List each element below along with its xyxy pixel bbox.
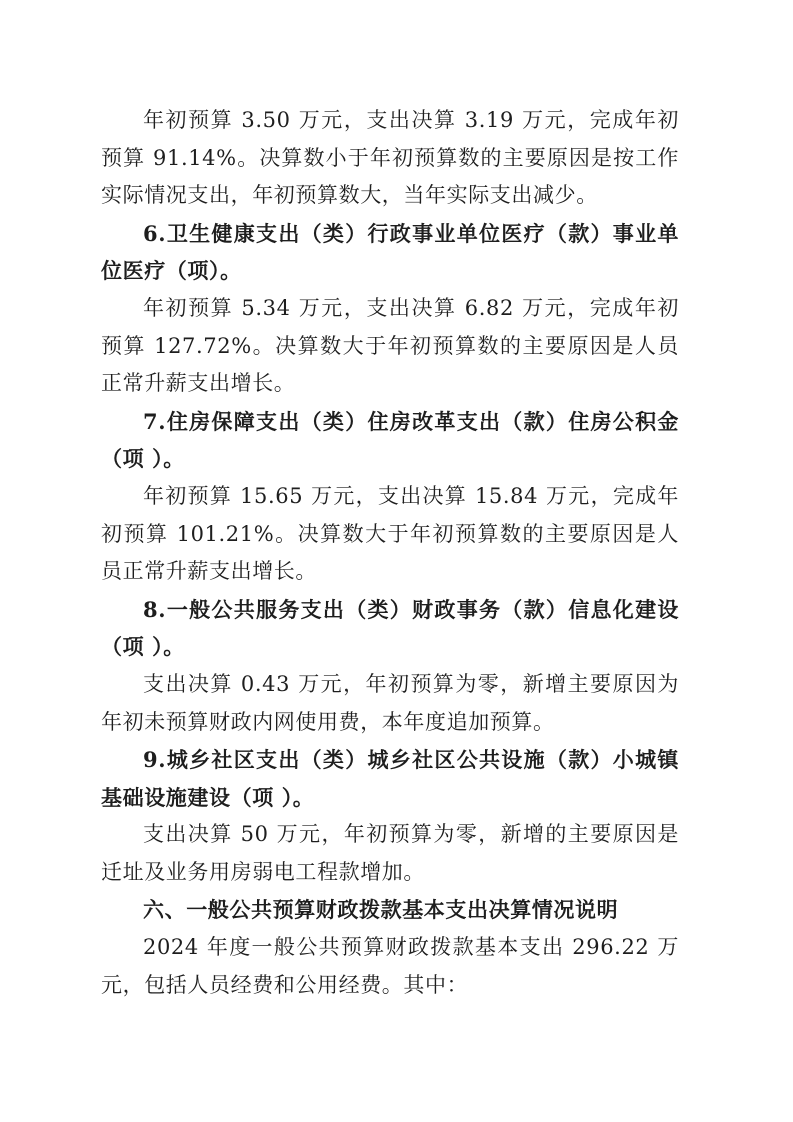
- body-paragraph: 支出决算 0.43 万元，年初预算为零，新增主要原因为年初未预算财政内网使用费，…: [101, 666, 679, 741]
- document-page: 年初预算 3.50 万元，支出决算 3.19 万元，完成年初预算 91.14%。…: [0, 0, 793, 1122]
- section-heading-7: 7.住房保障支出（类）住房改革支出（款）住房公积金（项 ）。: [101, 403, 679, 478]
- body-paragraph: 年初预算 5.34 万元，支出决算 6.82 万元，完成年初预算 127.72%…: [101, 290, 679, 403]
- section-heading-8: 8.一般公共服务支出（类）财政事务（款）信息化建设（项 ）。: [101, 591, 679, 666]
- body-paragraph: 年初预算 3.50 万元，支出决算 3.19 万元，完成年初预算 91.14%。…: [101, 102, 679, 215]
- document-body: 年初预算 3.50 万元，支出决算 3.19 万元，完成年初预算 91.14%。…: [101, 102, 679, 1004]
- body-paragraph: 年初预算 15.65 万元，支出决算 15.84 万元，完成年初预算 101.2…: [101, 478, 679, 591]
- section-heading-6: 6.卫生健康支出（类）行政事业单位医疗（款）事业单位医疗（项）。: [101, 215, 679, 290]
- body-paragraph: 2024 年度一般公共预算财政拨款基本支出 296.22 万元，包括人员经费和公…: [101, 929, 679, 1004]
- body-paragraph: 支出决算 50 万元，年初预算为零，新增的主要原因是迁址及业务用房弱电工程款增加…: [101, 816, 679, 891]
- section-heading-9: 9.城乡社区支出（类）城乡社区公共设施（款）小城镇基础设施建设（项 ）。: [101, 741, 679, 816]
- section-heading-six: 六、一般公共预算财政拨款基本支出决算情况说明: [101, 891, 679, 929]
